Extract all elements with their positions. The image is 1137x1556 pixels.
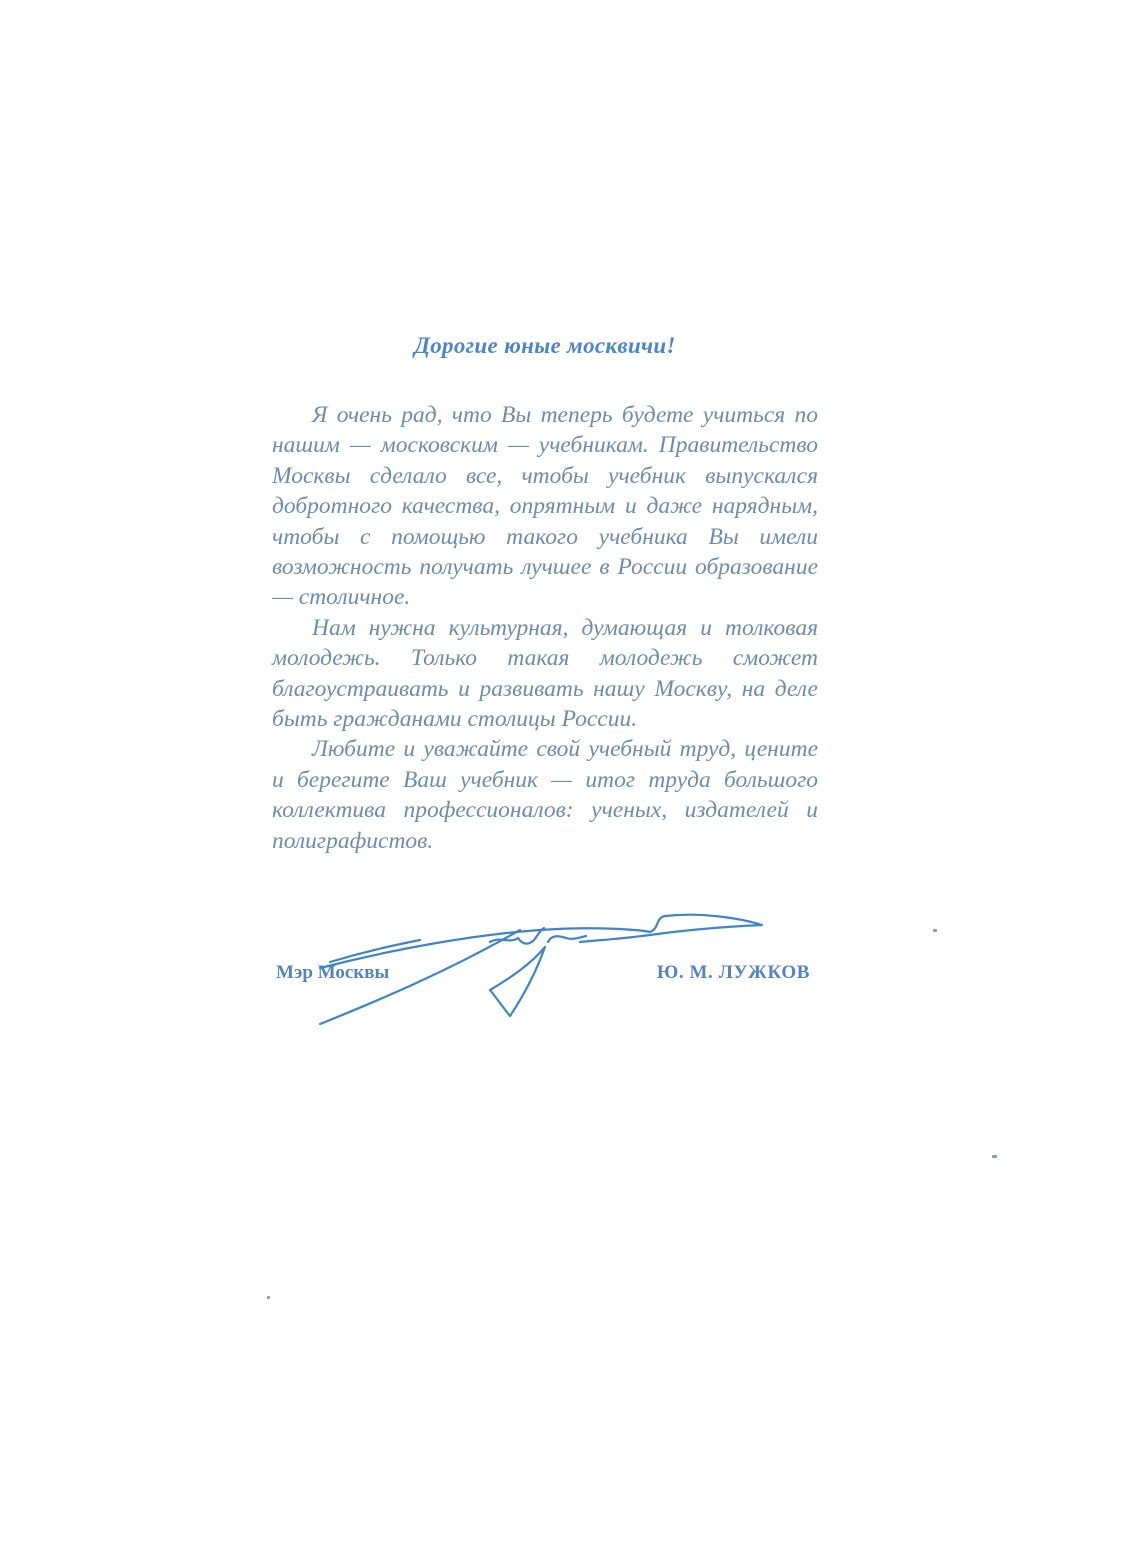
letter-greeting: Дорогие юные москвичи! (272, 333, 818, 359)
signature-block: Мэр Москвы Ю. М. ЛУЖКОВ (276, 962, 810, 992)
document-page: Дорогие юные москвичи! Я очень рад, что … (0, 0, 1137, 1556)
letter-paragraph: Любите и уважайте свой учебный труд, цен… (272, 734, 818, 856)
scan-speck (267, 1296, 270, 1299)
letter-paragraph: Нам нужна культурная, думающая и толкова… (272, 613, 818, 735)
signer-name: Ю. М. ЛУЖКОВ (657, 962, 810, 984)
signer-title: Мэр Москвы (276, 962, 389, 984)
scan-speck (992, 1155, 997, 1158)
scan-speck (933, 929, 937, 932)
letter-body: Я очень рад, что Вы теперь будете учитьс… (272, 400, 818, 856)
letter-paragraph: Я очень рад, что Вы теперь будете учитьс… (272, 400, 818, 613)
